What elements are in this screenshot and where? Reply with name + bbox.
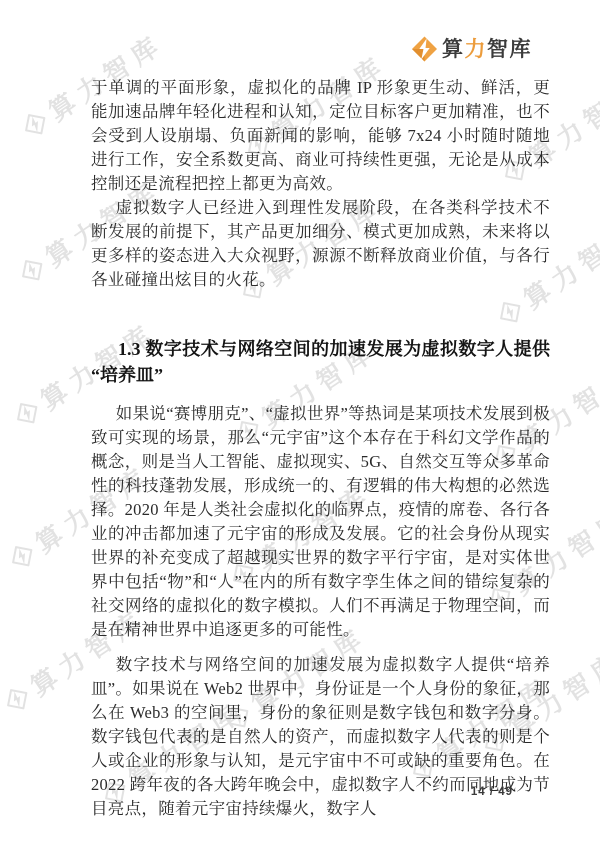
brand-logo: 算力智库 [412,36,532,62]
watermark-diamond-icon [15,253,48,286]
watermark-diamond-icon [10,396,43,429]
watermark-diamond-icon [5,539,38,572]
brand-logo-text: 算力智库 [442,39,532,60]
paragraph: 如果说“赛博朋克”、“虚拟世界”等热词是某项技术发展到极致可实现的场景，那么“元… [91,402,550,642]
page-number: 14 / 49 [471,786,513,798]
page-content: 于单调的平面形象，虚拟化的品牌 IP 形象更生动、鲜活，更能加速品牌年轻化进程和… [91,76,550,821]
watermark-diamond-icon [0,682,33,715]
document-page: 算力智库算力智库算力智库算力智库算力智库算力智库算力智库算力智库算力智库算力智库… [0,0,600,848]
brand-lightning-diamond-icon [412,36,437,62]
paragraph: 于单调的平面形象，虚拟化的品牌 IP 形象更生动、鲜活，更能加速品牌年轻化进程和… [91,76,550,196]
brand-logo-text-part: 算 [442,38,465,61]
brand-logo-text-accent: 力 [465,38,488,61]
paragraph: 虚拟数字人已经进入到理性发展阶段，在各类科学技术不断发展的前提下，其产品更加细分… [91,196,550,292]
section-heading: 1.3 数字技术与网络空间的加速发展为虚拟数字人提供“培养皿” [91,336,550,388]
brand-logo-text-part: 智库 [487,38,532,61]
watermark-diamond-icon [18,107,51,140]
